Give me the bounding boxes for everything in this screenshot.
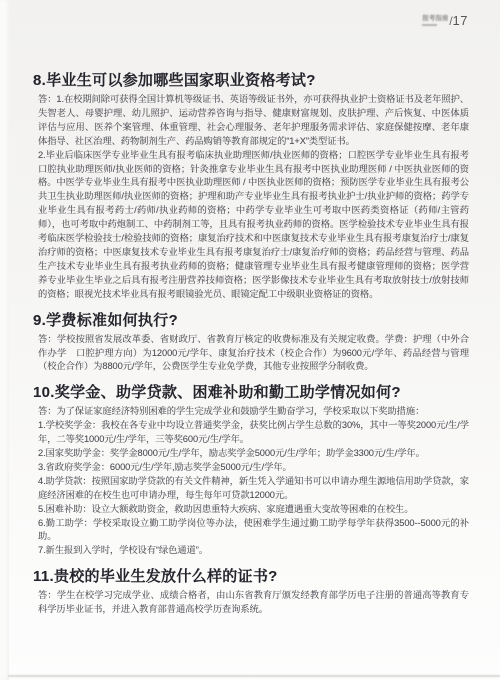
- faq-section: 8.毕业生可以参加哪些国家职业资格考试?答：1.在校期间除可获得全国计算机等级证…: [33, 72, 469, 302]
- question-heading: 11.贵校的毕业生发放什么样的证书?: [33, 568, 469, 586]
- answer-paragraph: 2.毕业后临床医学专业毕业生具有报考临床执业助理医师/执业医师的资格；口腔医学专…: [38, 149, 469, 302]
- faq-section: 10.奖学金、助学贷款、困难补助和勤工助学情况如何?答：为了保证家庭经济特别困难…: [33, 384, 469, 558]
- answer-paragraph: 答：学生在校学习完成学业、成绩合格者，由山东省教育厅颁发经教育部学历电子注册的普…: [38, 589, 469, 617]
- answer-block: 答：学校按照省发展改革委、省财政厅、省教育厅核定的收费标准及有关规定收费。学费：…: [33, 333, 469, 375]
- question-heading: 9.学费标准如何执行?: [33, 312, 469, 330]
- faq-content: 8.毕业生可以参加哪些国家职业资格考试?答：1.在校期间除可获得全国计算机等级证…: [33, 72, 469, 627]
- question-number: 8.: [33, 72, 46, 89]
- answer-paragraph: 7.新生报到入学时，学校设有“绿色通道”。: [38, 544, 469, 558]
- answer-paragraph: 1.学校奖学金：我校在各专业中均设立普通奖学金，获奖比例占学生总数的30%，其中…: [38, 419, 469, 447]
- question-number: 11.: [33, 568, 54, 585]
- answer-paragraph: 5.困难补助：设立大额救助资金，救助因患重特大疾病、家庭遭遇重大变故等困难的在校…: [38, 503, 469, 517]
- answer-paragraph: 3.省政府奖学金：6000元/生/学年,励志奖学金5000元/生/学年。: [38, 461, 469, 475]
- question-number: 10.: [33, 384, 55, 401]
- question-title: 毕业生可以参加哪些国家职业资格考试?: [46, 72, 316, 89]
- brand-logo: 报考指南: [422, 16, 448, 26]
- faq-section: 11.贵校的毕业生发放什么样的证书?答：学生在校学习完成学业、成绩合格者，由山东…: [33, 568, 469, 617]
- answer-paragraph: 答：学校按照省发展改革委、省财政厅、省教育厅核定的收费标准及有关规定收费。学费：…: [38, 333, 469, 375]
- answer-paragraph: 答：为了保证家庭经济特别困难的学生完成学业和鼓励学生勤奋学习，学校采取以下奖助措…: [38, 405, 469, 419]
- question-heading: 8.毕业生可以参加哪些国家职业资格考试?: [33, 72, 469, 90]
- question-heading: 10.奖学金、助学贷款、困难补助和勤工助学情况如何?: [33, 384, 469, 402]
- question-title: 贵校的毕业生发放什么样的证书?: [54, 568, 278, 585]
- page-number: 17: [453, 14, 468, 28]
- page-left-edge: [0, 0, 9, 680]
- brand-logo-subline: [422, 24, 437, 26]
- answer-block: 答：学生在校学习完成学业、成绩合格者，由山东省教育厅颁发经教育部学历电子注册的普…: [33, 589, 469, 617]
- question-title: 学费标准如何执行?: [46, 312, 178, 329]
- answer-block: 答：1.在校期间除可获得全国计算机等级证书、英语等级证书外，亦可获得执业护士资格…: [33, 93, 469, 302]
- brand-logo-text: 报考指南: [422, 16, 448, 23]
- answer-block: 答：为了保证家庭经济特别困难的学生完成学业和鼓励学生勤奋学习，学校采取以下奖助措…: [33, 405, 469, 558]
- question-number: 9.: [33, 312, 46, 329]
- answer-paragraph: 答：1.在校期间除可获得全国计算机等级证书、英语等级证书外，亦可获得执业护士资格…: [38, 93, 469, 149]
- faq-section: 9.学费标准如何执行?答：学校按照省发展改革委、省财政厅、省教育厅核定的收费标准…: [33, 312, 469, 375]
- question-title: 奖学金、助学贷款、困难补助和勤工助学情况如何?: [55, 384, 401, 401]
- page-header: 报考指南 / 17: [422, 14, 468, 28]
- answer-paragraph: 4.助学贷款：按照国家助学贷款的有关文件精神，新生凭入学通知书可以申请办理生源地…: [38, 475, 469, 503]
- scanned-page: 报考指南 / 17 8.毕业生可以参加哪些国家职业资格考试?答：1.在校期间除可…: [0, 0, 500, 680]
- answer-paragraph: 2.国家奖助学金：奖学金8000元/生/学年，励志奖学金5000元/生/学年；助…: [38, 447, 469, 461]
- page-bottom-edge: [8, 675, 500, 677]
- answer-paragraph: 6.勤工助学：学校采取设立勤工助学岗位等办法，使困难学生通过勤工助学每学年获得3…: [38, 517, 469, 545]
